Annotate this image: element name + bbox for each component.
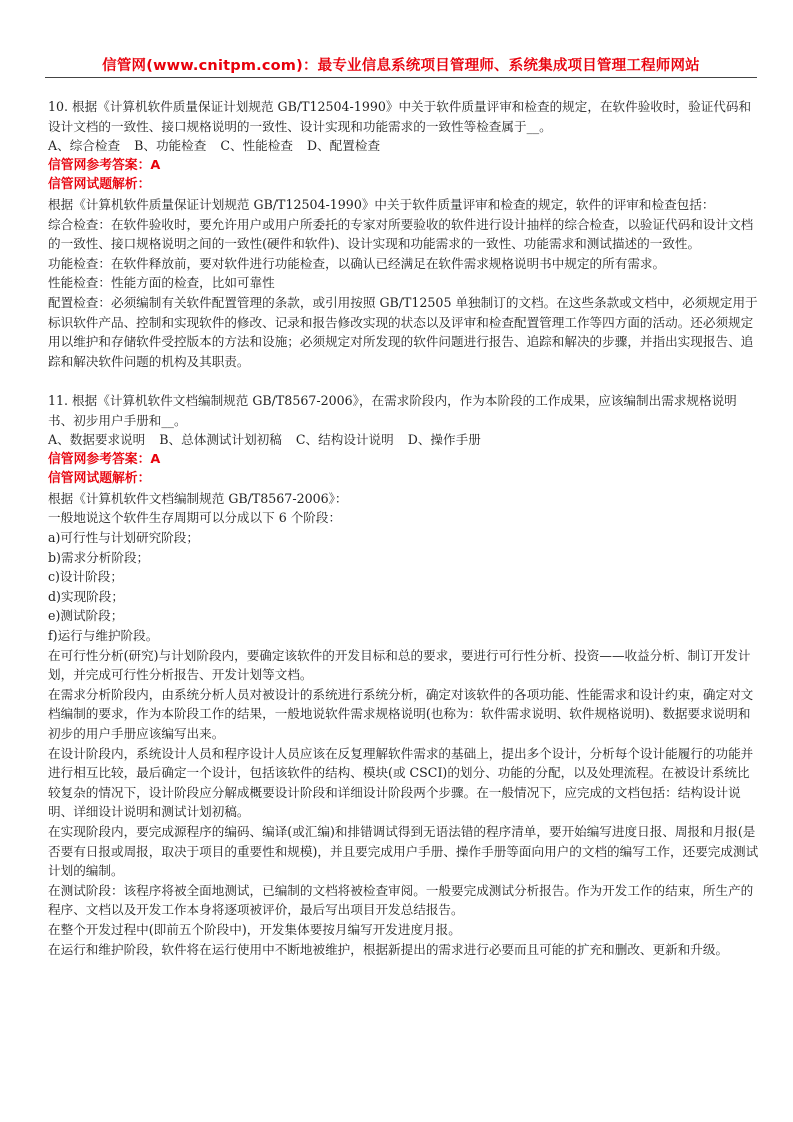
- answer-label: 信管网参考答案：A: [48, 156, 760, 176]
- analysis-paragraph: 在需求分析阶段内，由系统分析人员对被设计的系统进行系统分析，确定对该软件的各项功…: [48, 685, 760, 744]
- question-11: 11. 根据《计算机软件文档编制规范 GB/T8567-2006》，在需求阶段内…: [48, 391, 760, 959]
- analysis-paragraph: c)设计阶段；: [48, 567, 760, 587]
- analysis-paragraph: 综合检查：在软件验收时，要允许用户或用户所委托的专家对所要验收的软件进行设计抽样…: [48, 215, 760, 254]
- option-b: B、总体测试计划初稿: [159, 432, 282, 447]
- header-divider: [45, 77, 757, 78]
- analysis-paragraph: 在可行性分析(研究)与计划阶段内，要确定该软件的开发目标和总的要求，要进行可行性…: [48, 646, 760, 685]
- analysis-paragraph: 在实现阶段内，要完成源程序的编码、编译(或汇编)和排错调试得到无语法错的程序清单…: [48, 822, 760, 881]
- answer-label: 信管网参考答案：A: [48, 450, 760, 470]
- option-a: A、综合检查: [48, 138, 120, 153]
- analysis-paragraph: d)实现阶段；: [48, 587, 760, 607]
- analysis-paragraph: 根据《计算机软件文档编制规范 GB/T8567-2006》：: [48, 489, 760, 509]
- option-b: B、功能检查: [134, 138, 206, 153]
- site-header-title: 信管网(www.cnitpm.com)：最专业信息系统项目管理师、系统集成项目管…: [45, 54, 757, 75]
- analysis-paragraph: 功能检查：在软件释放前，要对软件进行功能检查，以确认已经满足在软件需求规格说明书…: [48, 254, 760, 274]
- section-spacer: [48, 371, 760, 391]
- option-c: C、结构设计说明: [296, 432, 394, 447]
- analysis-paragraph: 性能检查：性能方面的检查，比如可靠性: [48, 273, 760, 293]
- question-10: 10. 根据《计算机软件质量保证计划规范 GB/T12504-1990》中关于软…: [48, 97, 760, 371]
- analysis-paragraph: 根据《计算机软件质量保证计划规范 GB/T12504-1990》中关于软件质量评…: [48, 195, 760, 215]
- analysis-paragraph: e)测试阶段；: [48, 606, 760, 626]
- analysis-paragraph: a)可行性与计划研究阶段；: [48, 528, 760, 548]
- option-d: D、配置检查: [307, 138, 380, 153]
- analysis-label: 信管网试题解析：: [48, 469, 760, 489]
- analysis-paragraph: 在设计阶段内，系统设计人员和程序设计人员应该在反复理解软件需求的基础上，提出多个…: [48, 744, 760, 822]
- analysis-paragraph: b)需求分析阶段；: [48, 548, 760, 568]
- option-c: C、性能检查: [220, 138, 293, 153]
- analysis-paragraph: f)运行与维护阶段。: [48, 626, 760, 646]
- option-a: A、数据要求说明: [48, 432, 145, 447]
- analysis-paragraph: 在整个开发过程中(即前五个阶段中)，开发集体要按月编写开发进度月报。: [48, 920, 760, 940]
- option-d: D、操作手册: [408, 432, 481, 447]
- analysis-paragraph: 一般地说这个软件生存周期可以分成以下 6 个阶段：: [48, 508, 760, 528]
- question-stem: 11. 根据《计算机软件文档编制规范 GB/T8567-2006》，在需求阶段内…: [48, 391, 760, 430]
- analysis-paragraph: 配置检查：必须编制有关软件配置管理的条款，或引用按照 GB/T12505 单独制…: [48, 293, 760, 371]
- document-body: 10. 根据《计算机软件质量保证计划规范 GB/T12504-1990》中关于软…: [48, 97, 760, 959]
- analysis-paragraph: 在运行和维护阶段，软件将在运行使用中不断地被维护，根据新提出的需求进行必要而且可…: [48, 940, 760, 960]
- analysis-paragraph: 在测试阶段：该程序将被全面地测试，已编制的文档将被检查审阅。一般要完成测试分析报…: [48, 881, 760, 920]
- analysis-label: 信管网试题解析：: [48, 175, 760, 195]
- question-options: A、综合检查 B、功能检查 C、性能检查 D、配置检查: [48, 136, 760, 156]
- question-stem: 10. 根据《计算机软件质量保证计划规范 GB/T12504-1990》中关于软…: [48, 97, 760, 136]
- question-options: A、数据要求说明 B、总体测试计划初稿 C、结构设计说明 D、操作手册: [48, 430, 760, 450]
